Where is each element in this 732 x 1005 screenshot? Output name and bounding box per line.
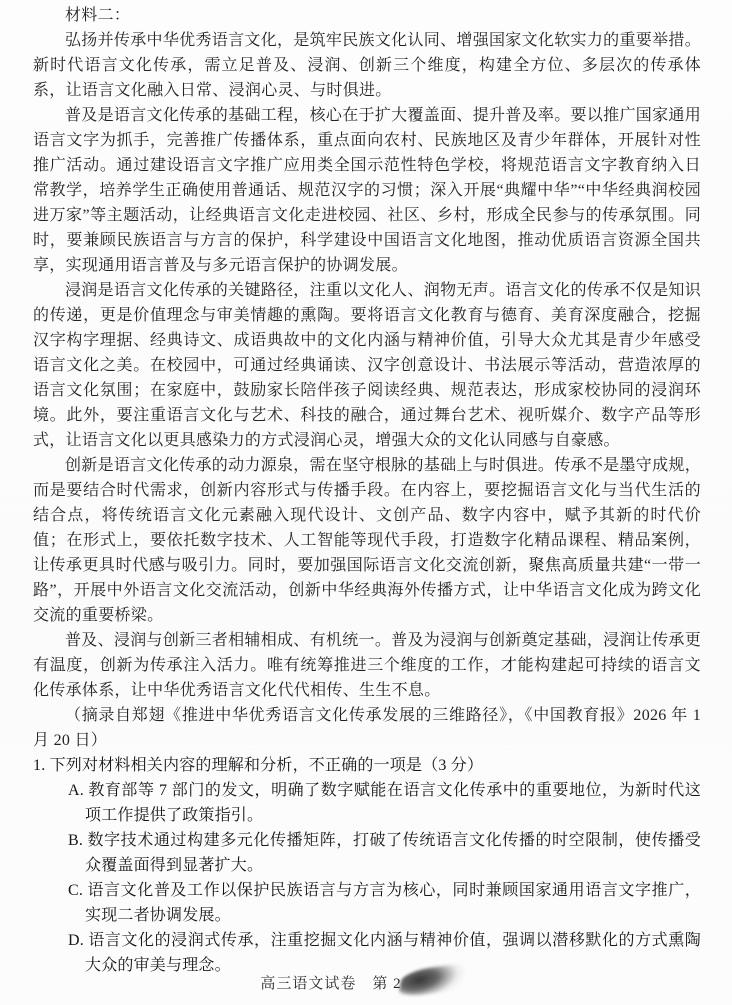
material-heading: 材料二： bbox=[33, 3, 701, 28]
option-text: 语言文化普及工作以保护民族语言与方言为核心，同时兼顾国家通用语言文字推广，实现二… bbox=[85, 882, 701, 924]
option-text: 数字技术通过构建多元化传播矩阵，打破了传统语言文化传播的时空限制，使传播受众覆盖… bbox=[85, 832, 701, 874]
material-paragraph: 普及、浸润与创新三者相辅相成、有机统一。普及为浸润与创新奠定基础，浸润让传承更有… bbox=[33, 628, 701, 703]
footer-text: 高三语文试卷 第 2 bbox=[260, 976, 401, 992]
material-paragraph: 浸润是语言文化传承的关键路径，注重以文化人、润物无声。语言文化的传承不仅是知识的… bbox=[33, 278, 701, 453]
material-paragraph: 弘扬并传承中华优秀语言文化，是筑牢民族文化认同、增强国家文化软实力的重要举措。新… bbox=[33, 28, 701, 103]
option-row: C.语言文化普及工作以保护民族语言与方言为核心，同时兼顾国家通用语言文字推广，实… bbox=[68, 878, 701, 928]
material-paragraph: 创新是语言文化传承的动力源泉，需在坚守根脉的基础上与时俱进。传承不是墨守成规，而… bbox=[33, 453, 701, 628]
option-text: 语言文化的浸润式传承，注重挖掘文化内涵与精神价值，强调以潜移默化的方式熏陶大众的… bbox=[85, 932, 701, 974]
option-text: 教育部等 7 部门的发文，明确了数字赋能在语言文化传承中的重要地位，为新时代这项… bbox=[85, 782, 701, 824]
question-stem: 1. 下列对材料相关内容的理解和分析，不正确的一项是（3 分） bbox=[33, 753, 701, 778]
option-label: D. bbox=[68, 932, 84, 949]
option-label: C. bbox=[68, 882, 83, 899]
option-row: D.语言文化的浸润式传承，注重挖掘文化内涵与精神价值，强调以潜移默化的方式熏陶大… bbox=[68, 928, 701, 978]
material-paragraph: 普及是语言文化传承的基础工程，核心在于扩大覆盖面、提升普及率。要以推广国家通用语… bbox=[33, 103, 701, 278]
option-row: B.数字技术通过构建多元化传播矩阵，打破了传统语言文化传播的时空限制，使传播受众… bbox=[68, 828, 701, 878]
page-footer: 高三语文试卷 第 2 bbox=[0, 972, 732, 993]
question-section: 1. 下列对材料相关内容的理解和分析，不正确的一项是（3 分） A.教育部等 7… bbox=[33, 753, 701, 978]
footer-inner: 高三语文试卷 第 2 bbox=[260, 972, 471, 993]
option-row: A.教育部等 7 部门的发文，明确了数字赋能在语言文化传承中的重要地位，为新时代… bbox=[68, 778, 701, 828]
option-label: B. bbox=[68, 832, 83, 849]
material-citation: （摘录自郑翅《推进中华优秀语言文化传承发展的三维路径》，《中国教育报》2026 … bbox=[33, 703, 701, 753]
exam-page: 材料二： 弘扬并传承中华优秀语言文化，是筑牢民族文化认同、增强国家文化软实力的重… bbox=[0, 0, 732, 1005]
question-options: A.教育部等 7 部门的发文，明确了数字赋能在语言文化传承中的重要地位，为新时代… bbox=[33, 778, 701, 978]
material-paragraphs: 弘扬并传承中华优秀语言文化，是筑牢民族文化认同、增强国家文化软实力的重要举措。新… bbox=[33, 28, 701, 703]
material-section: 材料二： 弘扬并传承中华优秀语言文化，是筑牢民族文化认同、增强国家文化软实力的重… bbox=[33, 3, 701, 753]
option-label: A. bbox=[68, 782, 84, 799]
page-content: 材料二： 弘扬并传承中华优秀语言文化，是筑牢民族文化认同、增强国家文化软实力的重… bbox=[33, 3, 701, 978]
